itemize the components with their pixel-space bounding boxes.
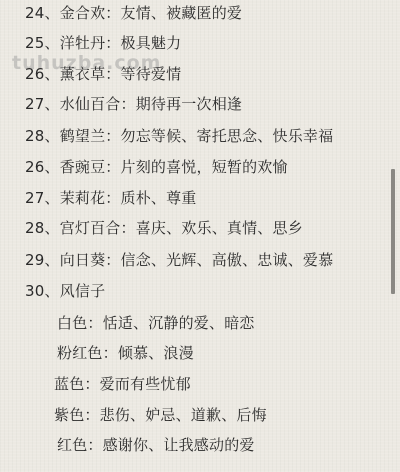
item-number: 28、 — [25, 219, 60, 237]
separator: ： — [84, 406, 99, 424]
list-item: 28、宫灯百合：喜庆、欢乐、真情、思乡 — [25, 218, 303, 238]
flower-meaning: 友情、被藏匿的爱 — [121, 4, 243, 22]
item-number: 24、 — [25, 4, 60, 22]
separator: ： — [105, 65, 120, 83]
item-number: 27、 — [25, 95, 60, 113]
vertical-scrollbar[interactable] — [391, 169, 395, 294]
color-name: 红色 — [57, 436, 87, 454]
list-item: 26、薰衣草：等待爱情 — [25, 64, 181, 84]
flower-name: 洋牡丹 — [60, 34, 106, 52]
color-meaning: 恬适、沉静的爱、暗恋 — [103, 314, 255, 332]
separator: ： — [105, 251, 120, 269]
separator: ： — [105, 189, 120, 207]
separator: ： — [87, 436, 102, 454]
item-number: 27、 — [25, 189, 60, 207]
color-meaning: 爱而有些忧郁 — [100, 375, 191, 393]
document-page: tuhuzba.com 24、金合欢：友情、被藏匿的爱 25、洋牡丹：极具魅力 … — [0, 0, 400, 472]
flower-name: 风信子 — [60, 282, 106, 300]
flower-name: 香豌豆 — [60, 158, 106, 176]
separator: ： — [105, 34, 120, 52]
sub-list-item: 紫色：悲伤、妒忌、道歉、后悔 — [54, 405, 267, 425]
separator: ： — [121, 95, 136, 113]
list-item: 24、金合欢：友情、被藏匿的爱 — [25, 3, 242, 23]
list-item: 28、鹤望兰：勿忘等候、寄托思念、快乐幸福 — [25, 126, 333, 146]
sub-list-item: 白色：恬适、沉静的爱、暗恋 — [57, 313, 255, 333]
separator: ： — [121, 219, 136, 237]
list-item: 29、向日葵：信念、光辉、高傲、忠诚、爱慕 — [25, 250, 333, 270]
flower-name: 向日葵 — [60, 251, 106, 269]
separator: ： — [87, 314, 102, 332]
flower-meaning: 片刻的喜悦，短暂的欢愉 — [121, 158, 288, 176]
list-item: 25、洋牡丹：极具魅力 — [25, 33, 181, 53]
flower-name: 茉莉花 — [60, 189, 106, 207]
color-name: 蓝色 — [54, 375, 84, 393]
list-item: 26、香豌豆：片刻的喜悦，短暂的欢愉 — [25, 157, 288, 177]
color-name: 粉红色 — [57, 344, 103, 362]
list-item: 30、风信子 — [25, 281, 105, 301]
color-meaning: 悲伤、妒忌、道歉、后悔 — [100, 406, 267, 424]
item-number: 26、 — [25, 158, 60, 176]
item-number: 29、 — [25, 251, 60, 269]
flower-name: 薰衣草 — [60, 65, 106, 83]
separator: ： — [105, 158, 120, 176]
flower-meaning: 期待再一次相逢 — [136, 95, 242, 113]
flower-meaning: 等待爱情 — [121, 65, 182, 83]
flower-name: 水仙百合 — [60, 95, 121, 113]
item-number: 26、 — [25, 65, 60, 83]
flower-meaning: 信念、光辉、高傲、忠诚、爱慕 — [121, 251, 334, 269]
flower-meaning: 质朴、尊重 — [121, 189, 197, 207]
color-meaning: 感谢你、让我感动的爱 — [103, 436, 255, 454]
flower-meaning: 勿忘等候、寄托思念、快乐幸福 — [121, 127, 334, 145]
list-item: 27、水仙百合：期待再一次相逢 — [25, 94, 242, 114]
color-name: 紫色 — [54, 406, 84, 424]
flower-meaning: 喜庆、欢乐、真情、思乡 — [136, 219, 303, 237]
color-name: 白色 — [57, 314, 87, 332]
flower-meaning: 极具魅力 — [121, 34, 182, 52]
item-number: 28、 — [25, 127, 60, 145]
separator: ： — [105, 4, 120, 22]
flower-name: 鹤望兰 — [60, 127, 106, 145]
separator: ： — [84, 375, 99, 393]
sub-list-item: 粉红色：倾慕、浪漫 — [57, 343, 194, 363]
sub-list-item: 蓝色：爱而有些忧郁 — [54, 374, 191, 394]
item-number: 25、 — [25, 34, 60, 52]
flower-name: 宫灯百合 — [60, 219, 121, 237]
item-number: 30、 — [25, 282, 60, 300]
separator: ： — [105, 127, 120, 145]
sub-list-item: 红色：感谢你、让我感动的爱 — [57, 435, 255, 455]
color-meaning: 倾慕、浪漫 — [118, 344, 194, 362]
separator: ： — [103, 344, 118, 362]
list-item: 27、茉莉花：质朴、尊重 — [25, 188, 197, 208]
flower-name: 金合欢 — [60, 4, 106, 22]
